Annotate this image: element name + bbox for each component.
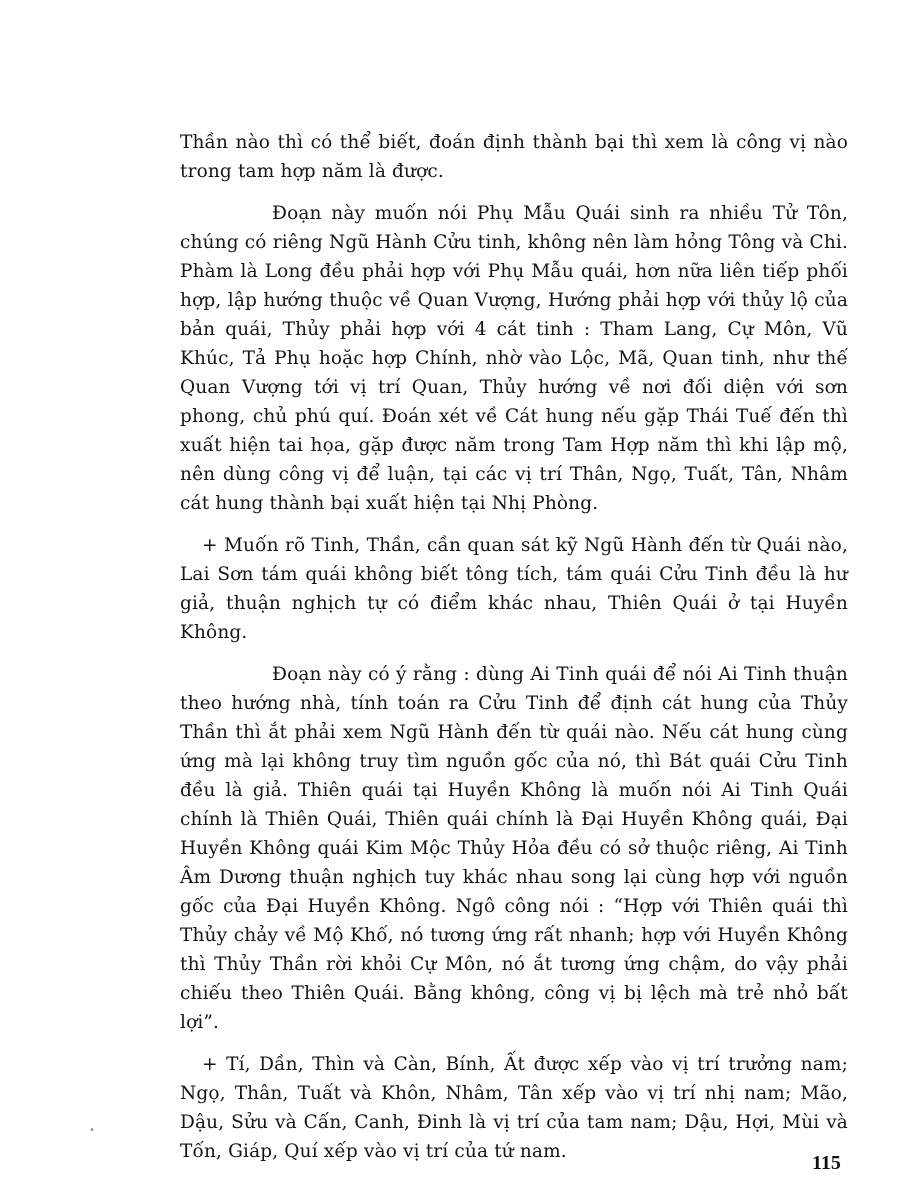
- paragraph-gap: [180, 518, 848, 531]
- paragraph-commentary: Đoạn này muốn nói Phụ Mẫu Quái sinh ra n…: [180, 199, 848, 518]
- page-body: Thần nào thì có thể biết, đoán định thàn…: [180, 128, 848, 1166]
- paragraph-gap: [180, 1037, 848, 1050]
- paragraph-gap: [180, 186, 848, 199]
- paragraph-commentary: Đoạn này có ý rằng : dùng Ai Tinh quái đ…: [180, 660, 848, 1037]
- paragraph-verse: + Tí, Dần, Thìn và Càn, Bính, Ất được xế…: [180, 1050, 848, 1166]
- page-number: 115: [812, 1152, 841, 1175]
- scan-speck: [90, 1128, 93, 1132]
- paragraph-verse: + Muốn rõ Tinh, Thần, cần quan sát kỹ Ng…: [180, 531, 848, 647]
- paragraph-continuation: Thần nào thì có thể biết, đoán định thàn…: [180, 128, 848, 186]
- paragraph-gap: [180, 647, 848, 660]
